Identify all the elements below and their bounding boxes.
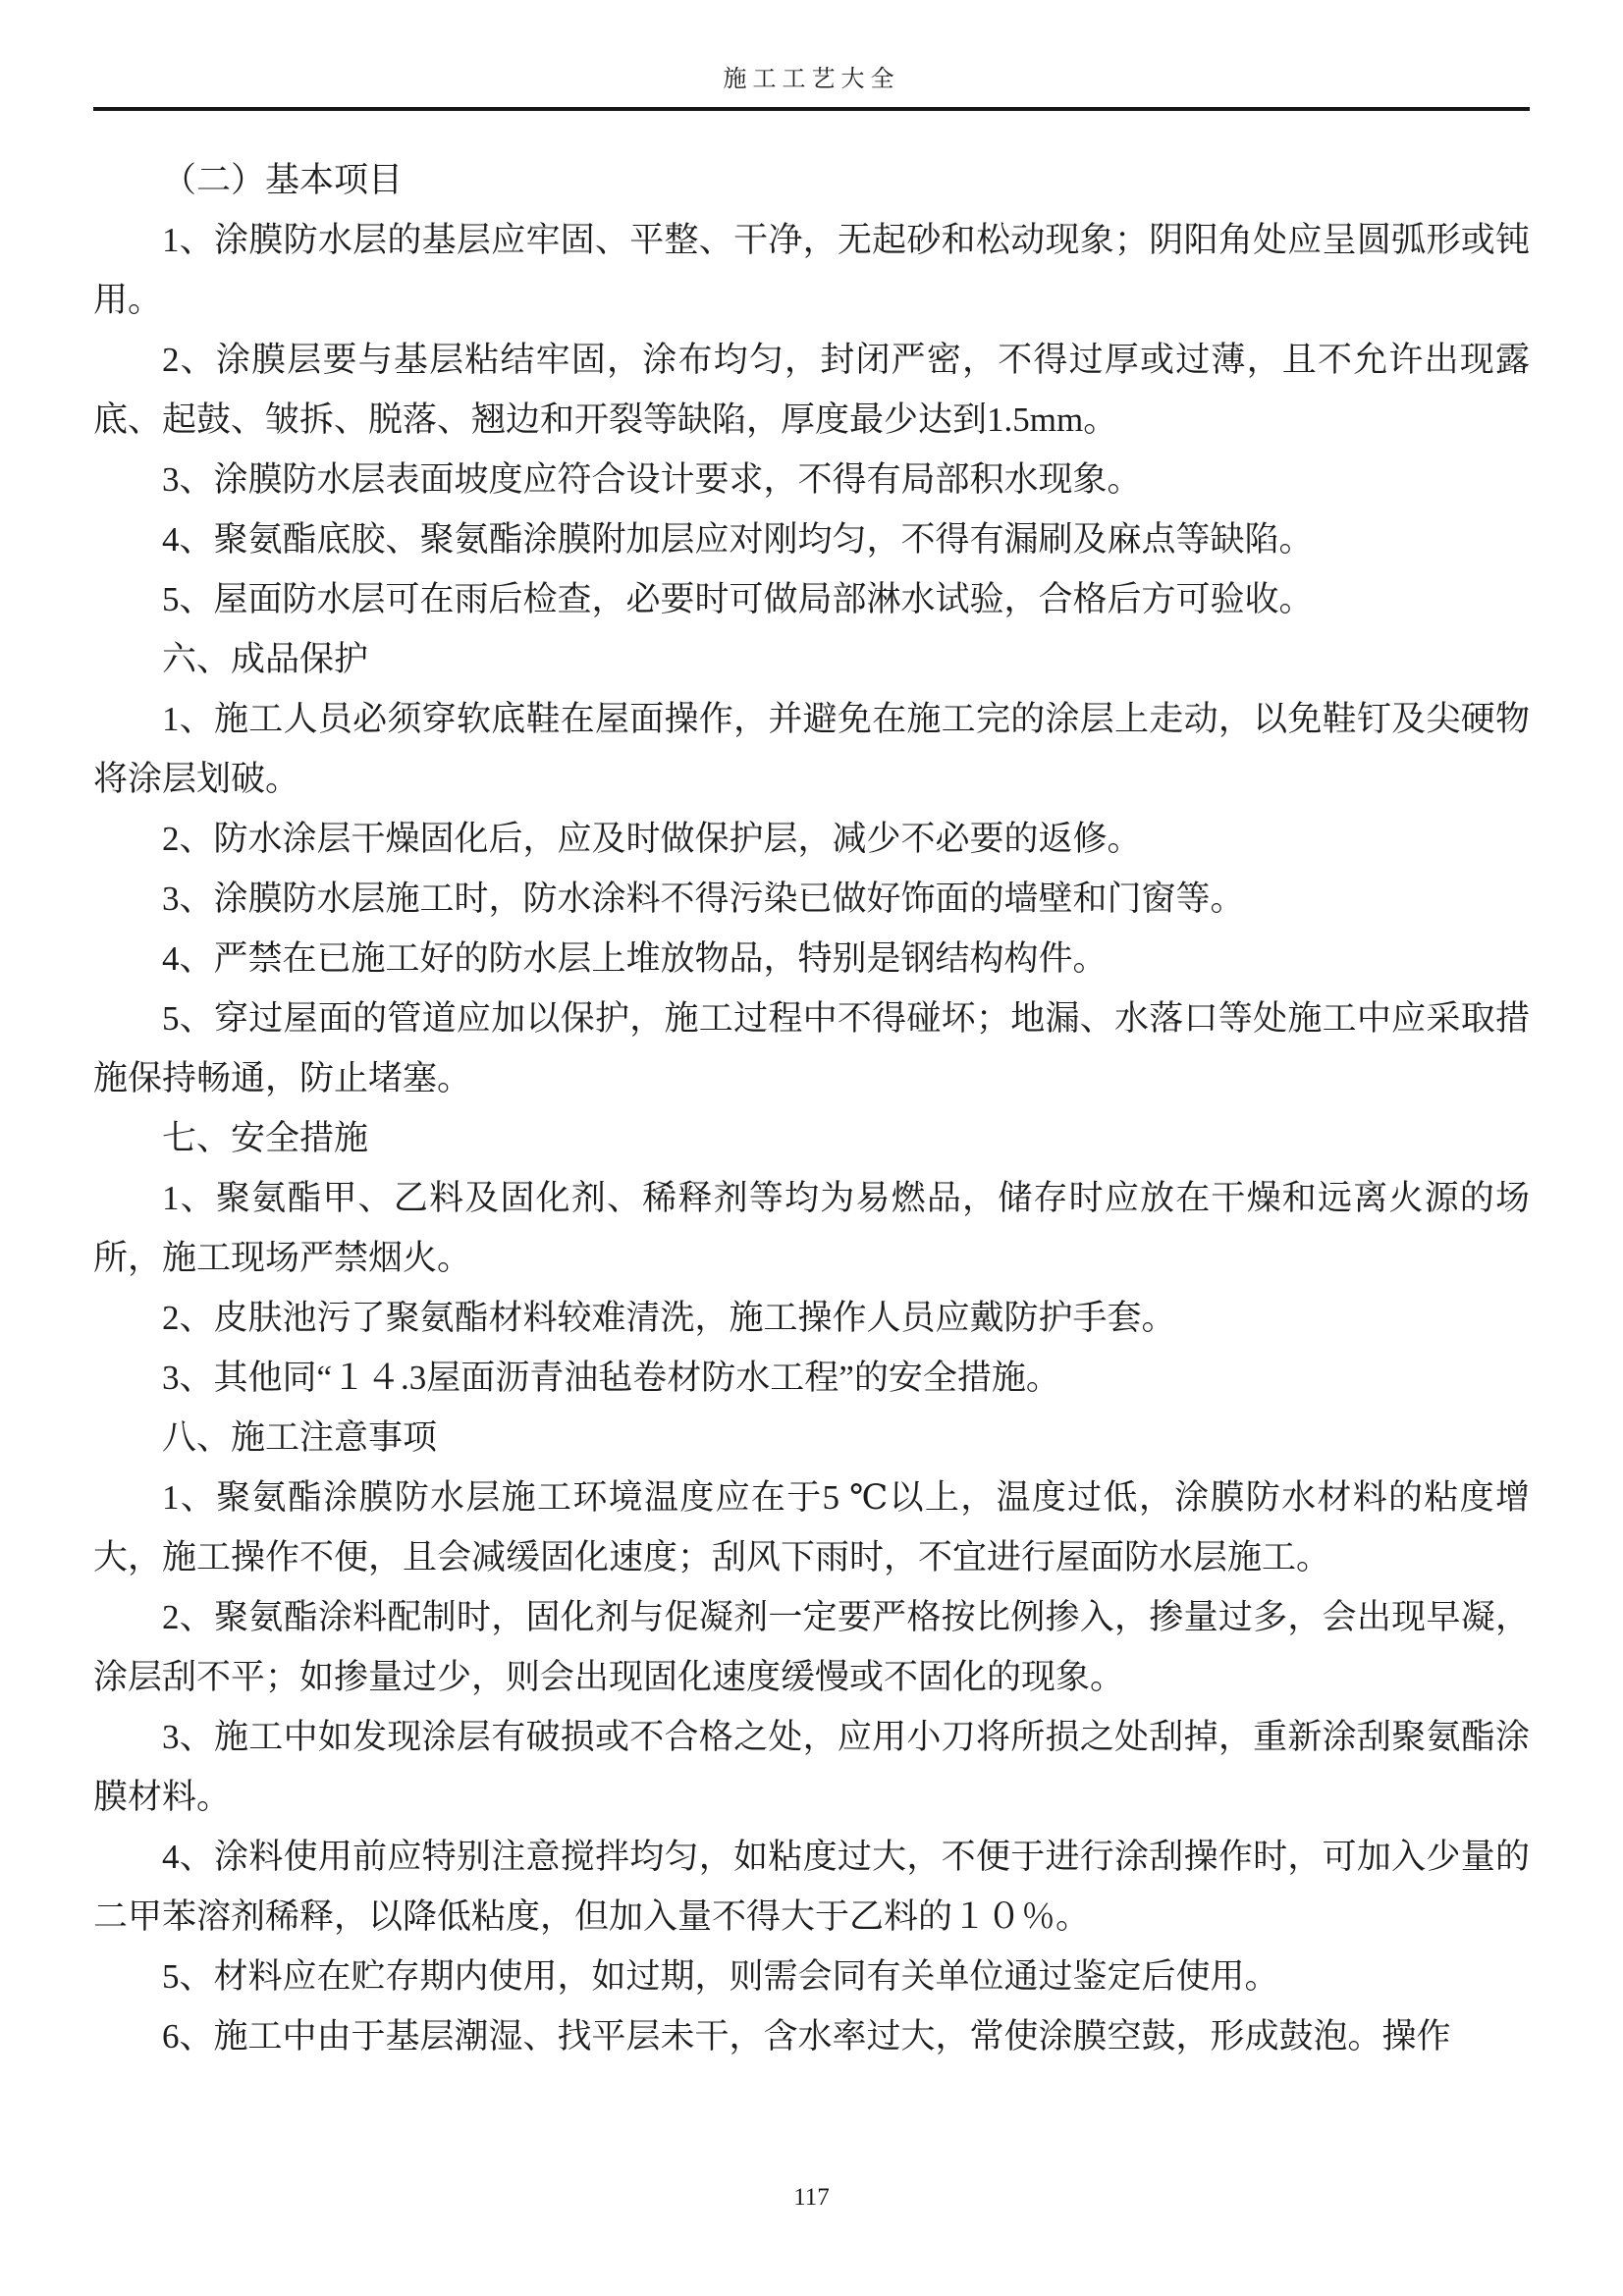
paragraph: 3、涂膜防水层施工时，防水涂料不得污染已做好饰面的墙壁和门窗等。 [93,869,1530,929]
paragraph: 2、聚氨酯涂料配制时，固化剂与促凝剂一定要严格按比例掺入，掺量过多，会出现早凝，… [93,1587,1530,1707]
paragraph: （二）基本项目 [93,150,1530,210]
paragraph: 2、涂膜层要与基层粘结牢固，涂布均匀，封闭严密，不得过厚或过薄，且不允许出现露底… [93,330,1530,450]
paragraph: 4、涂料使用前应特别注意搅拌均匀，如粘度过大，不便于进行涂刮操作时，可加入少量的… [93,1827,1530,1947]
paragraph: 2、皮肤池污了聚氨酯材料较难清洗，施工操作人员应戴防护手套。 [93,1288,1530,1348]
document-page: 施工工艺大全 （二）基本项目 1、涂膜防水层的基层应牢固、平整、干净，无起砂和松… [0,0,1623,2296]
paragraph: 1、聚氨酯甲、乙料及固化剂、稀释剂等均为易燃品，储存时应放在干燥和远离火源的场所… [93,1168,1530,1288]
paragraph: 6、施工中由于基层潮湿、找平层未干，含水率过大，常使涂膜空鼓，形成鼓泡。操作 [93,2006,1530,2066]
page-number: 117 [0,2184,1623,2212]
paragraph: 六、成品保护 [93,629,1530,689]
header-divider [93,107,1530,111]
page-header: 施工工艺大全 [0,0,1623,111]
page-title: 施工工艺大全 [0,59,1623,93]
paragraph: 4、严禁在已施工好的防水层上堆放物品，特别是钢结构构件。 [93,929,1530,988]
paragraph: 5、穿过屋面的管道应加以保护，施工过程中不得碰坏；地漏、水落口等处施工中应采取措… [93,988,1530,1108]
paragraph: 1、涂膜防水层的基层应牢固、平整、干净，无起砂和松动现象；阴阳角处应呈圆弧形或钝… [93,210,1530,330]
paragraph: 5、屋面防水层可在雨后检查，必要时可做局部淋水试验，合格后方可验收。 [93,569,1530,629]
paragraph: 1、聚氨酯涂膜防水层施工环境温度应在于5 ℃以上，温度过低，涂膜防水材料的粘度增… [93,1468,1530,1587]
paragraph: 1、施工人员必须穿软底鞋在屋面操作，并避免在施工完的涂层上走动，以免鞋钉及尖硬物… [93,689,1530,809]
paragraph: 3、施工中如发现涂层有破损或不合格之处，应用小刀将所损之处刮掉，重新涂刮聚氨酯涂… [93,1707,1530,1827]
paragraph: 2、防水涂层干燥固化后，应及时做保护层，减少不必要的返修。 [93,809,1530,869]
paragraph: 七、安全措施 [93,1108,1530,1168]
paragraph: 八、施工注意事项 [93,1408,1530,1468]
paragraph: 3、涂膜防水层表面坡度应符合设计要求，不得有局部积水现象。 [93,450,1530,509]
paragraph: 4、聚氨酯底胶、聚氨酯涂膜附加层应对刚均匀，不得有漏刷及麻点等缺陷。 [93,509,1530,569]
paragraph: 5、材料应在贮存期内使用，如过期，则需会同有关单位通过鉴定后使用。 [93,1947,1530,2006]
paragraph: 3、其他同“１４.3屋面沥青油毡卷材防水工程”的安全措施。 [93,1348,1530,1408]
document-body: （二）基本项目 1、涂膜防水层的基层应牢固、平整、干净，无起砂和松动现象；阴阳角… [93,150,1530,2066]
